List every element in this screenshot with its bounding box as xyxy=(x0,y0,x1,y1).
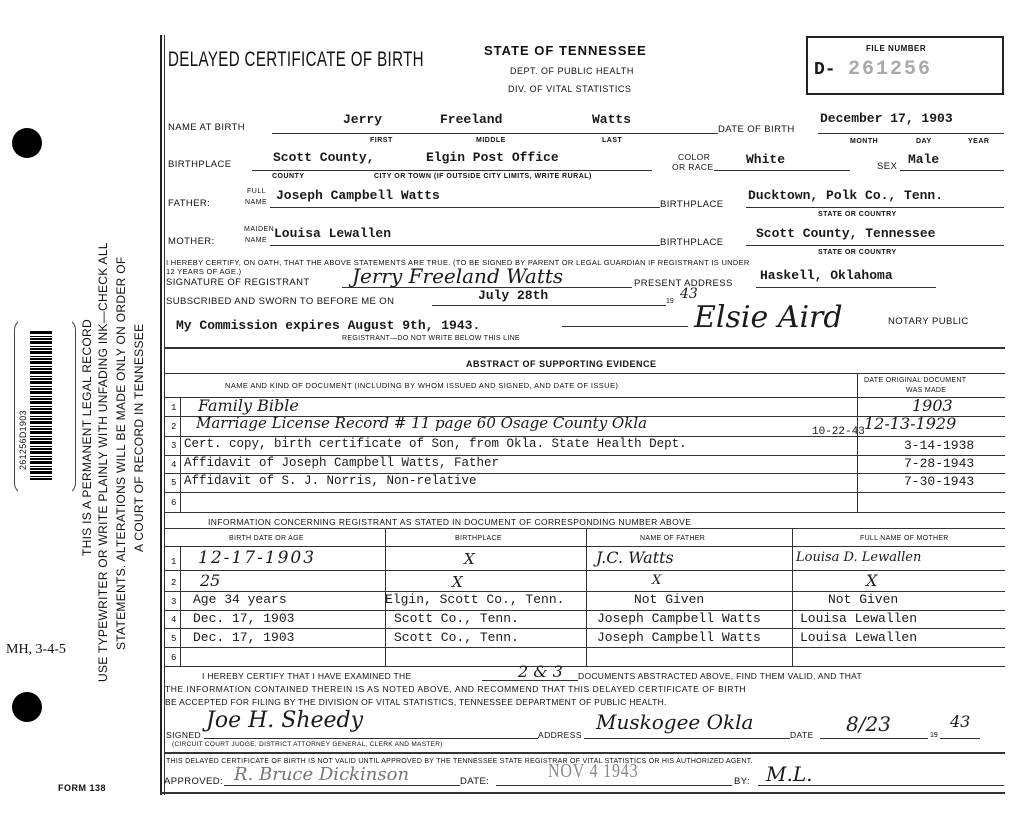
color-label-2: OR RACE xyxy=(672,162,714,172)
cert-documents: 2 & 3 xyxy=(518,662,563,681)
birthplace-line xyxy=(252,170,652,171)
abstract-title-line xyxy=(165,373,1005,374)
mother-name-line xyxy=(270,245,660,246)
dob-line xyxy=(818,133,1004,134)
father-name: Joseph Campbell Watts xyxy=(276,188,440,203)
color-race: White xyxy=(746,152,785,167)
month-label: MONTH xyxy=(850,138,878,145)
registrant-signature: Jerry Freeland Watts xyxy=(352,264,563,288)
info-father: Joseph Campbell Watts xyxy=(597,630,761,645)
signed-label: SIGNED xyxy=(166,730,201,740)
father-label: FATHER: xyxy=(168,198,210,209)
info-father: J.C. Watts xyxy=(596,548,674,567)
father-state-label: STATE OR COUNTRY xyxy=(818,211,897,218)
abstract-row-divider xyxy=(165,512,1005,513)
cert-address-line xyxy=(584,738,790,739)
info-place: Elgin, Scott Co., Tenn. xyxy=(385,592,564,607)
cert-date-label: DATE xyxy=(790,730,814,740)
approval-date-stamp: NOV 4 1943 xyxy=(548,760,638,783)
row-number: 1 xyxy=(171,403,176,413)
info-father: Joseph Campbell Watts xyxy=(597,611,761,626)
approved-by-label: BY: xyxy=(734,776,750,787)
mother-name: Louisa Lewallen xyxy=(274,226,391,241)
document-name: Marriage License Record # 11 page 60 Osa… xyxy=(196,414,647,432)
sex-line xyxy=(900,170,1004,171)
row-number: 5 xyxy=(171,634,176,644)
info-col-divider xyxy=(180,546,181,666)
signed-line xyxy=(204,738,538,739)
abstract-col-date-2: WAS MADE xyxy=(906,387,946,394)
mother-maiden-label: MAIDEN xyxy=(244,226,274,233)
cert-year-line xyxy=(940,738,980,739)
form-number: FORM 138 xyxy=(58,783,106,793)
info-mother: Not Given xyxy=(828,592,898,607)
father-name-label: NAME xyxy=(245,199,267,206)
info-birth: Dec. 17, 1903 xyxy=(193,630,294,645)
name-at-birth-label: NAME AT BIRTH xyxy=(168,122,245,133)
info-title-line xyxy=(165,528,1005,529)
judge-signature: Joe H. Sheedy xyxy=(206,708,363,733)
punch-hole-top xyxy=(12,128,42,158)
abstract-col-document: NAME AND KIND OF DOCUMENT (INCLUDING BY … xyxy=(225,381,618,390)
row-number: 6 xyxy=(171,653,176,663)
info-row-divider xyxy=(165,570,1005,571)
approved-label: APPROVED: xyxy=(164,776,223,787)
abstract-row-divider xyxy=(165,492,1005,493)
info-birth: 12-17-1903 xyxy=(198,548,316,568)
notary-signature: Elsie Aird xyxy=(694,300,843,335)
approval-top-border xyxy=(165,752,1005,754)
city-label: CITY OR TOWN (IF OUTSIDE CITY LIMITS, WR… xyxy=(374,173,592,180)
document-name: Affidavit of Joseph Campbell Watts, Fath… xyxy=(184,456,499,470)
info-title: INFORMATION CONCERNING REGISTRANT AS STA… xyxy=(208,517,691,527)
birth-county: Scott County, xyxy=(273,150,374,165)
middle-name: Freeland xyxy=(440,112,502,127)
mother-label: MOTHER: xyxy=(168,236,215,247)
father-birthplace-line xyxy=(746,207,1004,208)
mother-birthplace: Scott County, Tennessee xyxy=(756,226,935,241)
commission-line xyxy=(562,326,688,327)
day-label: DAY xyxy=(916,138,932,145)
instructions-line-1: USE TYPEWRITER OR WRITE PLAINLY WITH UNF… xyxy=(96,242,110,682)
row-number: 1 xyxy=(171,557,176,567)
info-father: X xyxy=(652,573,661,588)
sworn-date: July 28th xyxy=(478,288,548,303)
info-col-divider xyxy=(586,528,587,666)
color-line xyxy=(714,170,850,171)
cert-year: 43 xyxy=(950,712,970,731)
file-number-label: FILE NUMBER xyxy=(866,44,926,53)
document-date: 7-30-1943 xyxy=(904,474,974,489)
first-name: Jerry xyxy=(343,112,382,127)
info-col-mother: FULL NAME OF MOTHER xyxy=(860,535,949,542)
row-number: 4 xyxy=(171,460,176,470)
year-label: YEAR xyxy=(968,138,989,145)
form-bottom-border xyxy=(160,792,1005,794)
document-note: 10-22-43 xyxy=(812,426,865,438)
state-title: STATE OF TENNESSEE xyxy=(484,43,647,58)
info-col-place: BIRTHPLACE xyxy=(455,535,502,542)
cert-text-1a: I HEREBY CERTIFY THAT I HAVE EXAMINED TH… xyxy=(202,671,411,681)
info-col-father: NAME OF FATHER xyxy=(640,535,705,542)
info-place: X xyxy=(464,550,475,568)
sex: Male xyxy=(908,152,939,167)
sex-label: SEX xyxy=(877,161,897,172)
info-birth: Age 34 years xyxy=(193,592,287,607)
mother-birthplace-label: BIRTHPLACE xyxy=(660,237,723,248)
cert-text-2: THE INFORMATION CONTAINED THEREIN IS AS … xyxy=(165,684,746,694)
file-number-box: FILE NUMBER D- 261256 xyxy=(806,36,1004,95)
father-birthplace-label: BIRTHPLACE xyxy=(660,199,723,210)
cert-text-3: BE ACCEPTED FOR FILING BY THE DIVISION O… xyxy=(165,697,667,707)
row-number: 4 xyxy=(171,615,176,625)
document-date: 1903 xyxy=(912,396,953,415)
info-row-divider xyxy=(165,628,1005,629)
approval-date-label: DATE: xyxy=(460,776,489,787)
info-mother: Louisa Lewallen xyxy=(800,630,917,645)
info-mother: Louisa D. Lewallen xyxy=(796,550,921,565)
father-birthplace: Ducktown, Polk Co., Tenn. xyxy=(748,188,943,203)
father-full-label: FULL xyxy=(247,188,266,195)
birth-city: Elgin Post Office xyxy=(426,150,559,165)
name-line xyxy=(272,133,718,134)
mother-birthplace-line xyxy=(746,245,1004,246)
info-birth: Dec. 17, 1903 xyxy=(193,611,294,626)
document-date: 3-14-1938 xyxy=(904,438,974,453)
cert-date: 8/23 xyxy=(846,712,891,736)
abstract-top-border xyxy=(165,347,1005,349)
info-birth: 25 xyxy=(200,571,220,590)
last-label: LAST xyxy=(602,137,622,144)
info-row-divider xyxy=(165,666,1005,667)
date-of-birth: December 17, 1903 xyxy=(820,111,953,126)
form-left-border-inner xyxy=(164,35,165,795)
oath-text-2: 12 YEARS OF AGE.) xyxy=(166,267,241,276)
file-number-value: 261256 xyxy=(848,58,932,81)
info-row-divider xyxy=(165,647,1005,648)
dob-label: DATE OF BIRTH xyxy=(718,124,795,135)
margin-annotation: MH, 3-4-5 xyxy=(6,642,66,658)
mother-state-label: STATE OR COUNTRY xyxy=(818,249,897,256)
info-row-divider xyxy=(165,546,1005,547)
document-date: 7-28-1943 xyxy=(904,456,974,471)
document-name: Affidavit of S. J. Norris, Non-relative xyxy=(184,474,477,488)
sworn-year-prefix: 19 xyxy=(666,298,674,305)
birthplace-label: BIRTHPLACE xyxy=(168,159,231,170)
instructions-line-3: A COURT OF RECORD IN TENNESSEE xyxy=(132,324,146,552)
approved-by: M.L. xyxy=(766,762,812,786)
row-number: 6 xyxy=(171,498,176,508)
info-place: Scott Co., Tenn. xyxy=(394,630,519,645)
sworn-date-line xyxy=(432,305,666,306)
info-col-birth: BIRTH DATE OR AGE xyxy=(229,535,304,542)
cert-year-prefix: 19 xyxy=(930,732,938,739)
signature-registrant-label: SIGNATURE OF REGISTRANT xyxy=(166,277,310,288)
first-label: FIRST xyxy=(370,137,393,144)
info-father: Not Given xyxy=(634,592,704,607)
color-label-1: COLOR xyxy=(678,152,710,162)
file-number-prefix: D- xyxy=(814,60,836,80)
row-number: 2 xyxy=(171,422,176,432)
info-mother: Louisa Lewallen xyxy=(800,611,917,626)
father-name-line xyxy=(270,207,660,208)
approved-signature: R. Bruce Dickinson xyxy=(234,764,409,785)
document-date: 12-13-1929 xyxy=(864,414,956,433)
abstract-col-date-1: DATE ORIGINAL DOCUMENT xyxy=(864,377,966,384)
abstract-title: ABSTRACT OF SUPPORTING EVIDENCE xyxy=(466,359,657,369)
do-not-write-notice: REGISTRANT—DO NOT WRITE BELOW THIS LINE xyxy=(342,335,520,342)
cert-text-1b: DOCUMENTS ABSTRACTED ABOVE, FIND THEM VA… xyxy=(578,671,862,681)
barcode-number: 261256D1903 xyxy=(18,410,28,470)
cert-date-line xyxy=(820,738,928,739)
row-number: 2 xyxy=(171,578,176,588)
form-title: DELAYED CERTIFICATE OF BIRTH xyxy=(168,48,424,72)
row-number: 5 xyxy=(171,478,176,488)
last-name: Watts xyxy=(592,112,631,127)
info-place: X xyxy=(452,573,463,591)
county-label: COUNTY xyxy=(272,173,305,180)
approved-line xyxy=(224,785,460,786)
commission-expiry: My Commission expires August 9th, 1943. xyxy=(176,318,480,333)
document-name: Cert. copy, birth certificate of Son, fr… xyxy=(184,437,687,451)
punch-hole-bottom xyxy=(12,692,42,722)
division-name: DIV. OF VITAL STATISTICS xyxy=(508,84,631,94)
form-left-border xyxy=(160,35,162,795)
mother-name-label: NAME xyxy=(245,237,267,244)
permanent-record-notice: THIS IS A PERMANENT LEGAL RECORD xyxy=(80,319,94,556)
instructions-line-2: STATEMENTS. ALTERATIONS WILL BE MADE ONL… xyxy=(114,256,128,650)
row-number: 3 xyxy=(171,597,176,607)
row-number: 3 xyxy=(171,441,176,451)
middle-label: MIDDLE xyxy=(476,137,506,144)
officer-title-label: (CIRCUIT COURT JUDGE, DISTRICT ATTORNEY … xyxy=(172,741,443,748)
barcode xyxy=(30,330,52,480)
dept-name: DEPT. OF PUBLIC HEALTH xyxy=(510,66,634,76)
approval-date-line xyxy=(496,785,732,786)
notary-public-label: NOTARY PUBLIC xyxy=(888,316,969,327)
address-line xyxy=(756,287,936,288)
info-place: Scott Co., Tenn. xyxy=(394,611,519,626)
sworn-label: SUBSCRIBED AND SWORN TO BEFORE ME ON xyxy=(166,296,394,307)
info-mother: X xyxy=(866,571,877,590)
info-col-divider xyxy=(792,528,793,666)
present-address: Haskell, Oklahoma xyxy=(760,268,893,283)
cert-address-label: ADDRESS xyxy=(538,730,582,740)
cert-address: Muskogee Okla xyxy=(596,710,753,734)
document-name: Family Bible xyxy=(198,396,299,415)
